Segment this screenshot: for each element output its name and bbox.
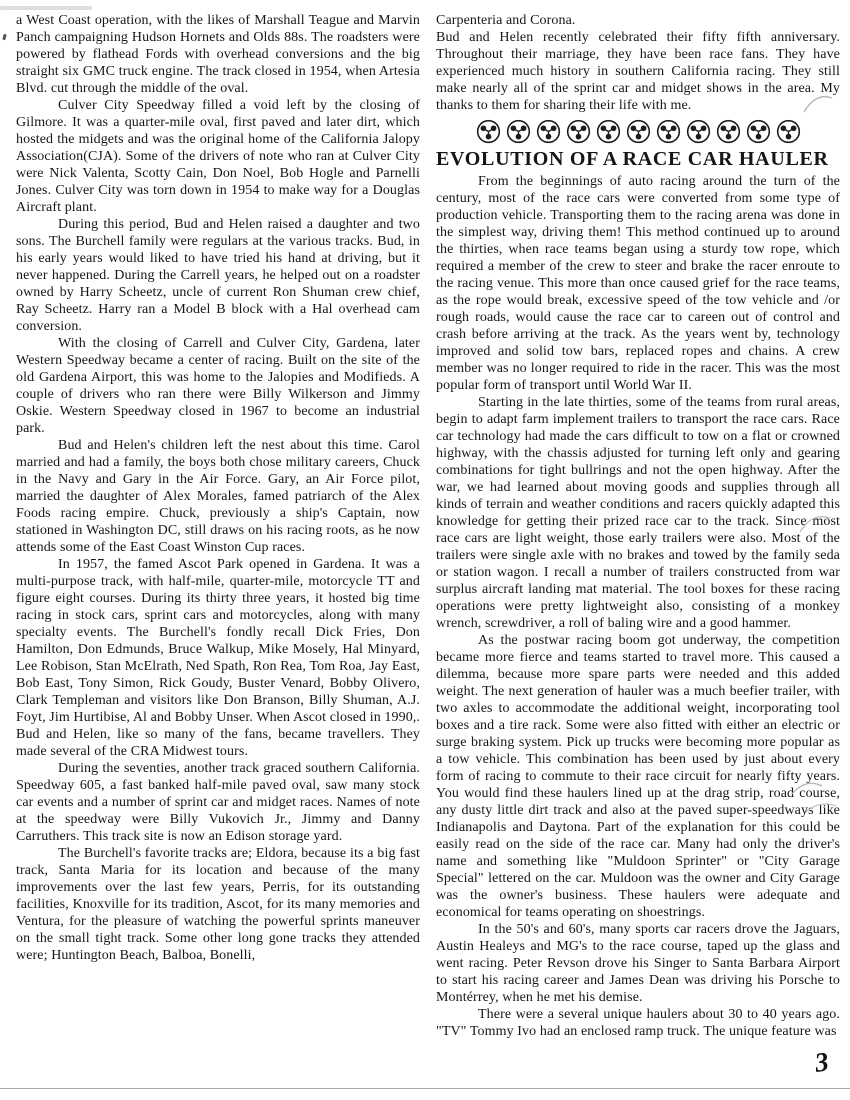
steering-wheel-icon — [536, 119, 561, 144]
page-number: 3 — [812, 1046, 830, 1079]
steering-wheel-icon — [506, 119, 531, 144]
paragraph: The Burchell's favorite tracks are; Eldo… — [16, 845, 420, 964]
steering-wheel-icon — [716, 119, 741, 144]
steering-wheel-icon — [626, 119, 651, 144]
paragraph: Starting in the late thirties, some of t… — [436, 394, 840, 632]
paragraph: From the beginnings of auto racing aroun… — [436, 173, 840, 394]
steering-wheel-icon — [656, 119, 681, 144]
paragraph: During this period, Bud and Helen raised… — [16, 216, 420, 335]
steering-wheel-icon — [686, 119, 711, 144]
bottom-scan-line — [0, 1088, 850, 1089]
steering-wheel-icon — [746, 119, 771, 144]
margin-mark — [2, 34, 6, 41]
article-heading: EVOLUTION OF A RACE CAR HAULER — [436, 148, 840, 171]
paragraph: There were a several unique haulers abou… — [436, 1006, 840, 1040]
paragraph: In the 50's and 60's, many sports car ra… — [436, 921, 840, 1006]
paragraph: Bud and Helen's children left the nest a… — [16, 437, 420, 556]
paragraph: With the closing of Carrell and Culver C… — [16, 335, 420, 437]
paragraph: a West Coast operation, with the likes o… — [16, 12, 420, 97]
right-column: Carpenteria and Corona. Bud and Helen re… — [436, 12, 840, 1040]
steering-wheel-icon — [566, 119, 591, 144]
paragraph: During the seventies, another track grac… — [16, 760, 420, 845]
divider-icon-row — [436, 117, 840, 145]
paragraph: Culver City Speedway filled a void left … — [16, 97, 420, 216]
paragraph: As the postwar racing boom got underway,… — [436, 632, 840, 921]
steering-wheel-icon — [776, 119, 801, 144]
paragraph: In 1957, the famed Ascot Park opened in … — [16, 556, 420, 760]
left-column: a West Coast operation, with the likes o… — [16, 12, 420, 1040]
steering-wheel-icon — [596, 119, 621, 144]
steering-wheel-icon — [476, 119, 501, 144]
paragraph: Bud and Helen recently celebrated their … — [436, 29, 840, 114]
two-column-layout: a West Coast operation, with the likes o… — [16, 12, 840, 1040]
scan-smudge — [0, 6, 92, 10]
paragraph: Carpenteria and Corona. — [436, 12, 840, 29]
document-page: a West Coast operation, with the likes o… — [0, 0, 850, 1100]
